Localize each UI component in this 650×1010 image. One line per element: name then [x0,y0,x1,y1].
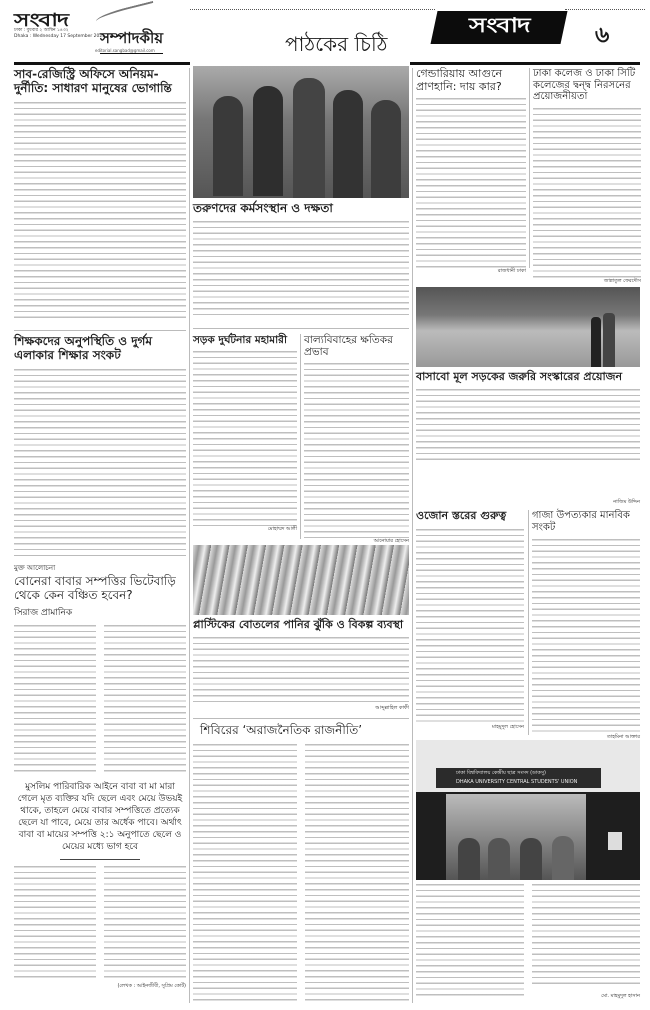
headline: গাজা উপত্যকার মানবিক সংকট [532,510,640,533]
photo-ducsu-building: ঢাকা বিশ্ববিদ্যালয় কেন্দ্রীয় ছাত্র সংস… [416,740,640,880]
article-sub-registry: সাব-রেজিস্ট্রি অফিসে অনিয়ম-দুর্নীতি: সা… [14,68,186,330]
article-shibir-headline: শিবিরের ‘অরাজনৈতিক রাজনীতি’ [200,724,410,738]
ducsu-sign: ঢাকা বিশ্ববিদ্যালয় কেন্দ্রীয় ছাত্র সংস… [436,768,601,788]
article-body [416,98,526,268]
quill-icon [95,1,156,25]
article-gendaria-fire: গেন্ডারিয়ায় আগুনে প্রাণহানি: দায় কার?… [416,68,526,268]
article-body [14,369,186,554]
byline: আব্দুল্লাহিল কাফী [193,705,409,713]
headline: প্লাস্টিকের বোতলের পানির ঝুঁকি ও বিকল্প … [193,619,409,632]
page-number: ৬ [595,18,609,55]
column-divider [529,68,530,268]
headline: বাসাবো মূল সড়কের জরুরি সংস্কারের প্রয়ো… [416,371,640,384]
article-ozone: ওজোন স্তরের গুরুত্ব মাহমুদুল হোসেন [416,510,524,735]
article-gaza: গাজা উপত্যকার মানবিক সংকট তাহমিনা আক্তার [532,510,640,735]
headline: গেন্ডারিয়ায় আগুনে প্রাণহানি: দায় কার? [416,68,526,93]
article-road-accident: সড়ক দুর্ঘটনার মহামারী মোহাম্মদ আলী [193,334,297,539]
article-body-col2 [532,884,640,984]
headline: তরুণদের কর্মসংস্থান ও দক্ষতা [193,202,409,216]
headline: বোনেরা বাবার সম্পত্তির ভিটেবাড়ি থেকে কে… [14,575,186,603]
column-divider [528,510,529,735]
article-body [193,221,409,319]
divider [193,718,409,719]
photo-flooded-street [416,287,640,367]
photo-young-people [193,66,409,198]
divider [193,328,409,329]
article-body-col2 [104,866,186,981]
headline: শিবিরের ‘অরাজনৈতিক রাজনীতি’ [200,724,410,738]
byline: জান্নাতুল ফেরদৌস [533,278,641,286]
byline: মো. মাহমুদুল হাসান [560,993,640,1001]
author-footer: (লেখক : আইনজীবী, সুপ্রিম কোর্ট) [14,983,186,991]
article-child-marriage: বাল্যবিবাহের ক্ষতিকর প্রভাব আনোয়ার হোসে… [304,334,409,539]
dotted-divider [565,9,645,10]
headline: শিক্ষকদের অনুপস্থিতি ও দুর্গম এলাকার শিক… [14,335,186,363]
dotted-divider [190,9,435,10]
byline: নাজিম উদ্দিন [560,499,640,507]
article-body-col1 [14,866,96,981]
divider [14,330,186,331]
article-body [416,529,524,724]
pull-quote-rule [60,859,140,860]
article-shibir-body [193,744,409,1006]
divider [14,555,186,556]
article-body-col1 [416,884,524,996]
article-body-col1 [193,744,297,1002]
article-teachers-absence: শিক্ষকদের অনুপস্থিতি ও দুর্গম এলাকার শিক… [14,335,186,553]
headline: ওজোন স্তরের গুরুত্ব [416,510,524,523]
byline: মাহমুদুল হোসেন [416,724,524,732]
article-main-road: বাসাবো মূল সড়কের জরুরি সংস্কারের প্রয়ো… [416,371,640,471]
article-inheritance: মুক্ত আলোচনা বোনেরা বাবার সম্পত্তির ভিটে… [14,562,186,1002]
column-divider [412,68,413,1003]
article-body [416,389,640,461]
column-divider [189,68,190,1003]
article-body [533,108,641,278]
headline: বাল্যবিবাহের ক্ষতিকর প্রভাব [304,334,409,358]
article-shibir-continued [416,884,640,1004]
dateline: ঢাকা : বুধবার ২ আশ্বিন ১৪৩২ Dhaka : Wedn… [14,28,105,40]
headline: ঢাকা কলেজ ও ঢাকা সিটি কলেজের দ্বন্দ্ব নি… [533,68,641,103]
pull-quote: মুসলিম পারিবারিক আইনে বাবা বা মা মারা গে… [14,781,186,854]
kicker: মুক্ত আলোচনা [14,562,186,574]
header-rule [14,62,190,65]
brand-badge: সংবাদ [430,11,567,44]
article-body-col2 [104,625,186,775]
brand-badge-text: সংবাদ [469,11,529,44]
article-body-col2 [305,744,409,1002]
date-english: Dhaka : Wednesday 17 September 2025 [14,34,105,40]
byline: রাজধানী ঢাকা [416,268,526,276]
article-dhaka-college: ঢাকা কলেজ ও ঢাকা সিটি কলেজের দ্বন্দ্ব নি… [533,68,641,268]
article-body [304,363,409,538]
article-body-col1 [14,625,96,775]
article-body [14,102,186,322]
article-body [532,539,640,734]
headline: সড়ক দুর্ঘটনার মহামারী [193,334,297,346]
sign-bengali: ঢাকা বিশ্ববিদ্যালয় কেন্দ্রীয় ছাত্র সংস… [456,769,597,778]
article-plastic-bottle: প্লাস্টিকের বোতলের পানির ঝুঁকি ও বিকল্প … [193,619,409,714]
byline: মোহাম্মদ আলী [193,526,297,534]
header-rule [410,62,640,65]
photo-plastic-bottles [193,545,409,615]
headline: সাব-রেজিস্ট্রি অফিসে অনিয়ম-দুর্নীতি: সা… [14,68,186,96]
masthead: সংবাদ ঢাকা : বুধবার ২ আশ্বিন ১৪৩২ Dhaka … [0,0,650,58]
author: সিরাজ প্রামানিক [14,605,186,620]
section-title: পাঠকের চিঠি [285,30,387,63]
editorial-email[interactable]: editorial.sangbad@gmail.com [95,48,155,53]
article-youth-employment: তরুণদের কর্মসংস্থান ও দক্ষতা [193,202,409,324]
article-body [193,637,409,705]
article-body [193,351,297,526]
column-divider [300,334,301,539]
